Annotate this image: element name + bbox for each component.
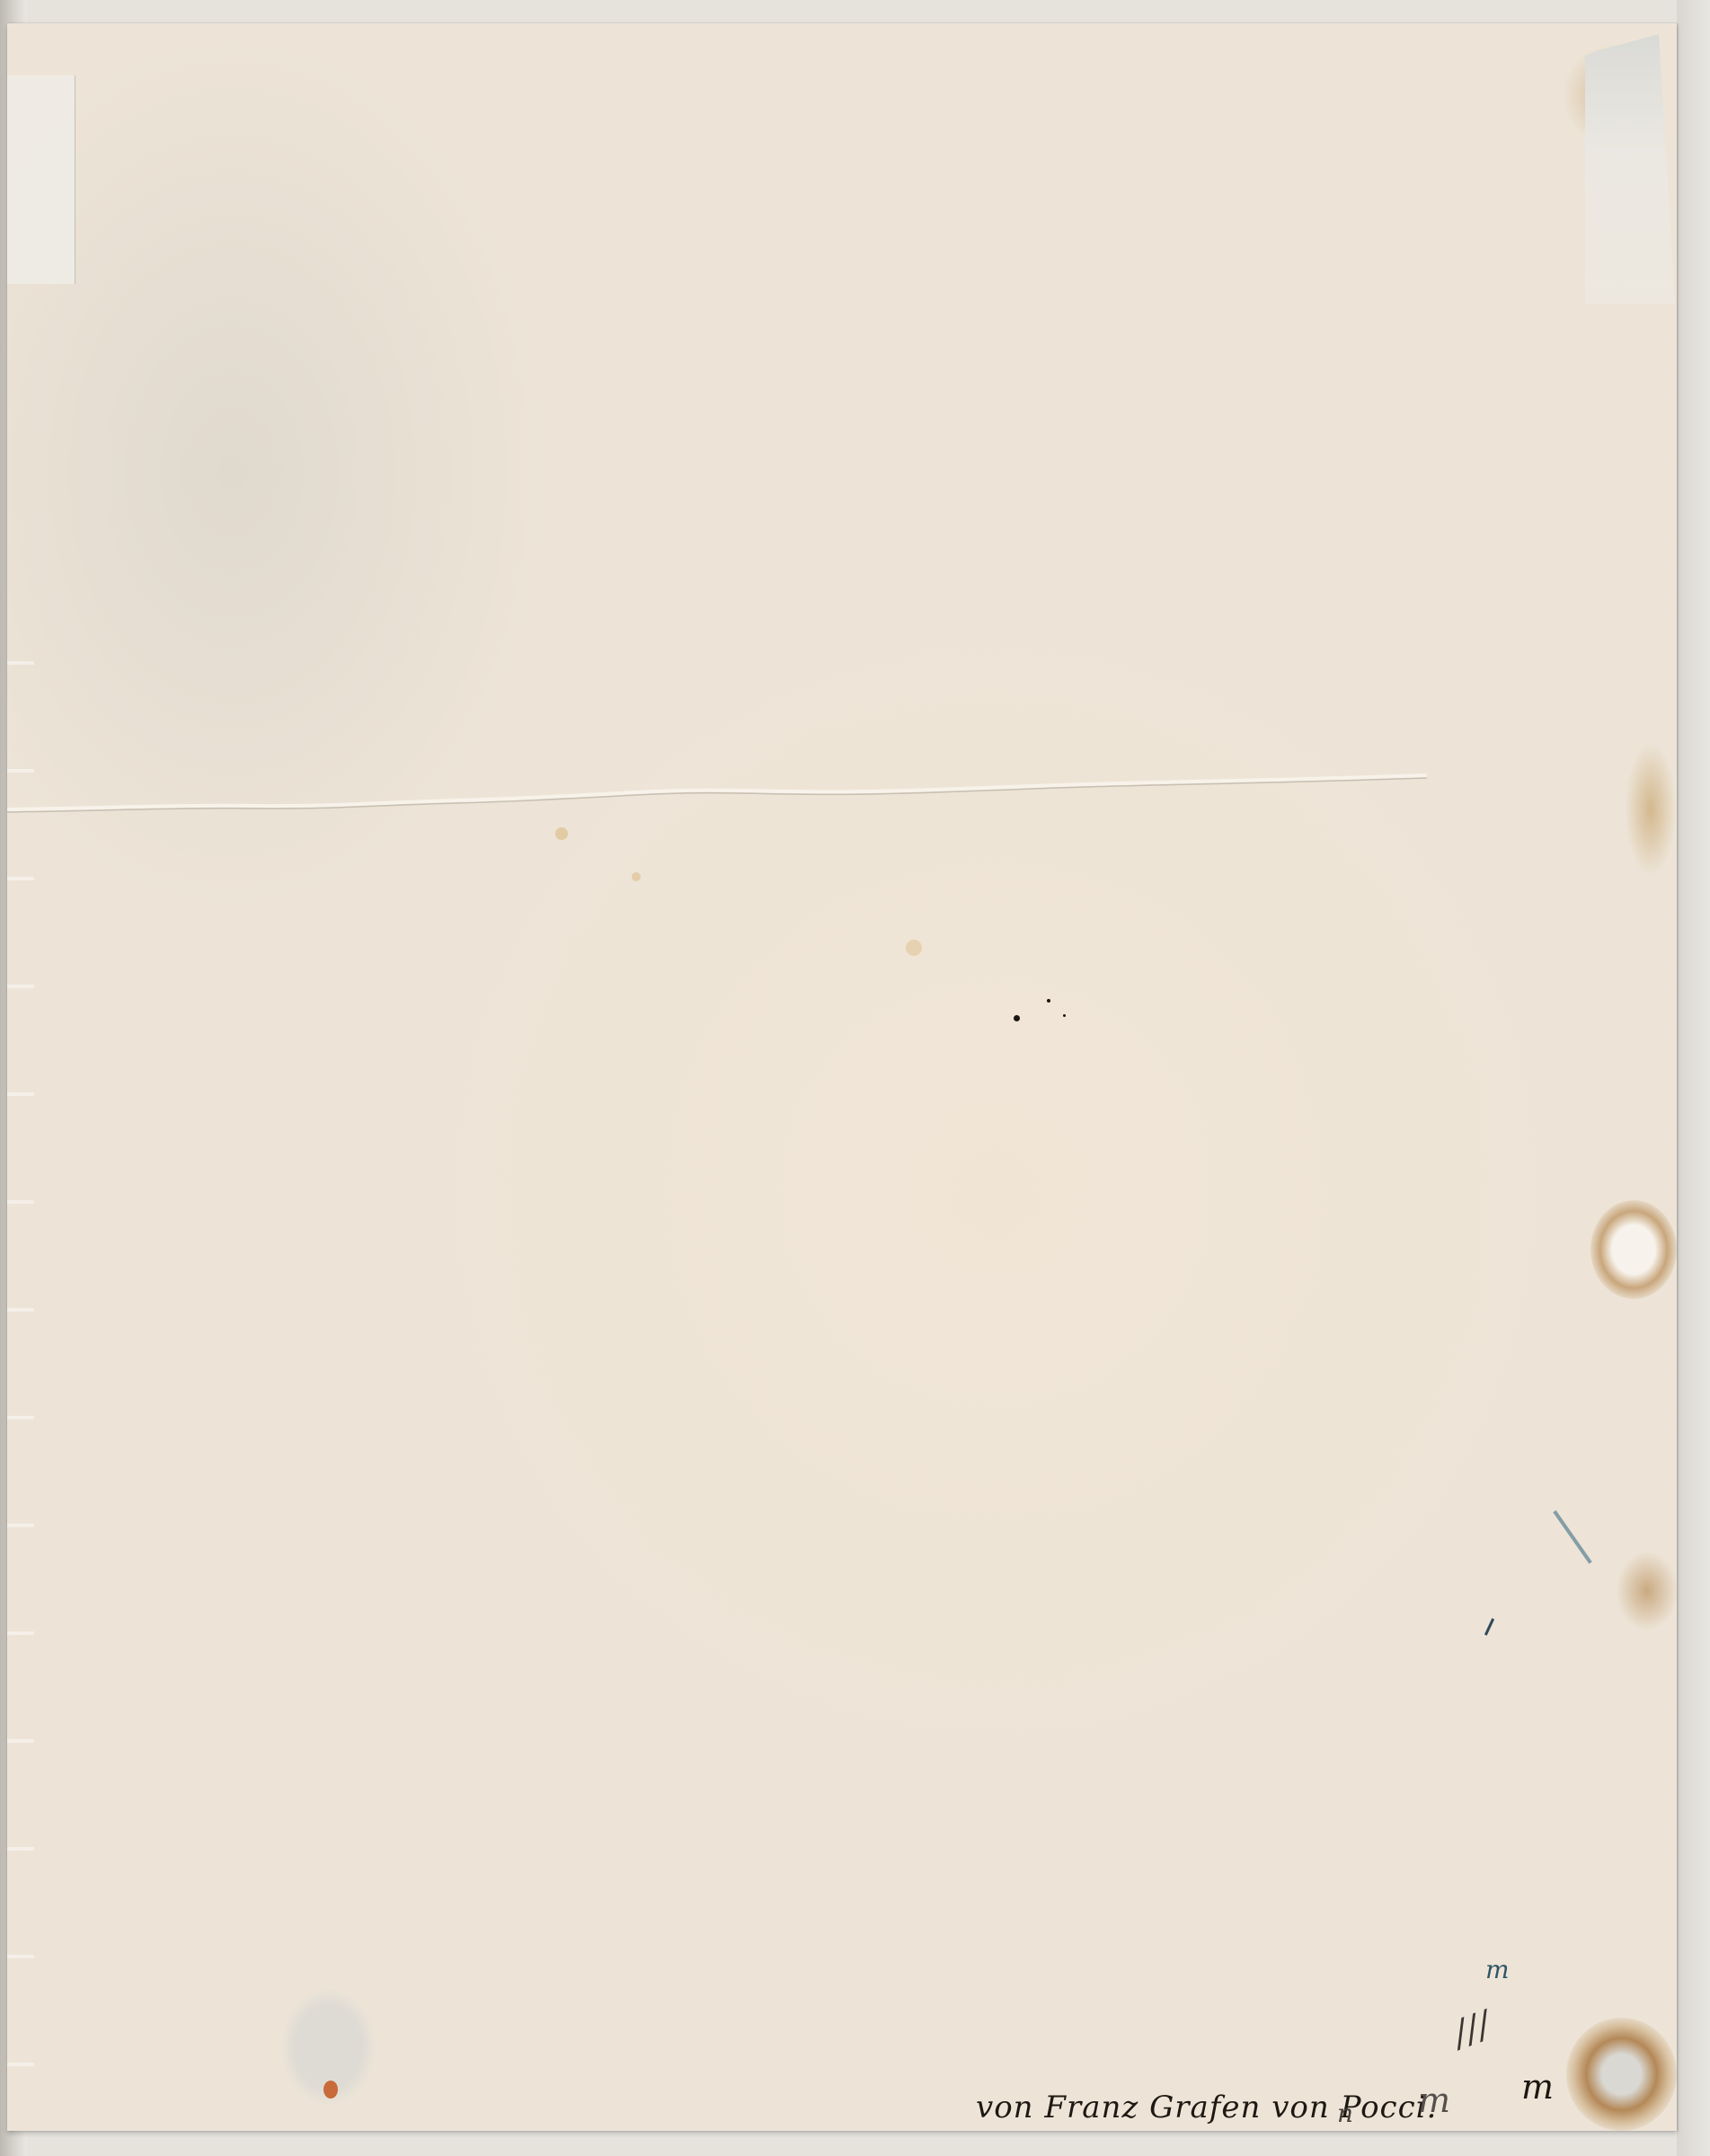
- glue-stain-right-2: [1590, 1200, 1677, 1299]
- hinge-tape-top-right: [1585, 34, 1675, 304]
- hinge-tape-top-left: [7, 75, 75, 284]
- ink-dot-1: [1014, 1015, 1020, 1021]
- foxing-spot-3: [632, 872, 641, 881]
- pencil-mark-m-bold: m: [1521, 2067, 1554, 2107]
- glue-stain-right-3: [1616, 1551, 1679, 1631]
- pencil-mark-m-top: m: [1485, 1955, 1510, 1984]
- rust-spot-bottom-left: [323, 2081, 338, 2099]
- blue-tick-mark: [1484, 1618, 1494, 1635]
- scan-backdrop-right: [1677, 0, 1710, 2156]
- blue-pencil-mark: [1553, 1510, 1591, 1564]
- pencil-mark-n: n: [1337, 2099, 1353, 2128]
- paper-crease: [7, 764, 1427, 818]
- foxing-spot-1: [555, 827, 568, 840]
- pencil-mark-slashes: ///: [1448, 2003, 1496, 2054]
- ink-dot-2: [1047, 999, 1050, 1003]
- ink-dot-3: [1063, 1014, 1066, 1017]
- glue-stain-right-1: [1625, 742, 1677, 877]
- pencil-mark-m-middle: m: [1418, 2081, 1450, 2120]
- torn-left-edge: [7, 607, 34, 2134]
- glue-stain-bottom-right: [1566, 2018, 1677, 2131]
- handwritten-inscription: von Franz Grafen von Pocci.: [976, 2090, 1437, 2125]
- paper-sheet: von Franz Grafen von Pocci. m m m n ///: [7, 23, 1677, 2131]
- foxing-spot-2: [906, 940, 922, 956]
